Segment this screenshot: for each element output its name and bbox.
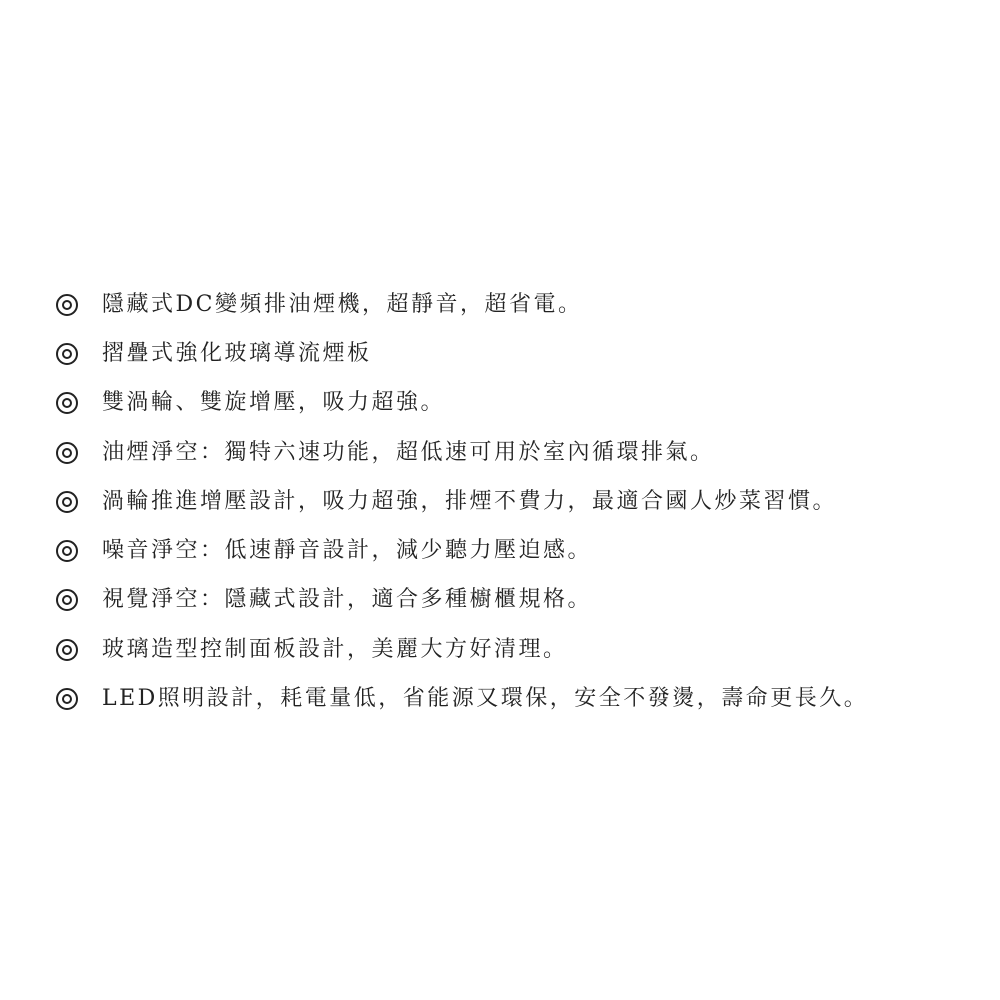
double-circle-bullet-icon xyxy=(56,589,78,611)
double-circle-bullet-icon xyxy=(56,639,78,661)
feature-text: 渦輪推進增壓設計，吸力超強，排煙不費力，最適合國人炒菜習慣。 xyxy=(102,491,837,513)
double-circle-bullet-icon xyxy=(56,688,78,710)
double-circle-bullet-icon xyxy=(56,491,78,513)
feature-list: 隱藏式DC變頻排油煙機，超靜音，超省電。 摺疊式強化玻璃導流煙板 雙渦輪、雙旋增… xyxy=(56,280,868,724)
feature-item: 油煙淨空：獨特六速功能，超低速可用於室內循環排氣。 xyxy=(56,428,868,477)
feature-item: 玻璃造型控制面板設計，美麗大方好清理。 xyxy=(56,625,868,674)
double-circle-bullet-icon xyxy=(56,294,78,316)
double-circle-bullet-icon xyxy=(56,442,78,464)
feature-item: LED照明設計，耗電量低，省能源又環保，安全不發燙，壽命更長久。 xyxy=(56,674,868,723)
feature-text: 雙渦輪、雙旋增壓，吸力超強。 xyxy=(102,392,445,414)
double-circle-bullet-icon xyxy=(56,343,78,365)
feature-text: 玻璃造型控制面板設計，美麗大方好清理。 xyxy=(102,639,568,661)
double-circle-bullet-icon xyxy=(56,392,78,414)
feature-text: 摺疊式強化玻璃導流煙板 xyxy=(102,343,372,365)
feature-item: 摺疊式強化玻璃導流煙板 xyxy=(56,329,868,378)
feature-item: 隱藏式DC變頻排油煙機，超靜音，超省電。 xyxy=(56,280,868,329)
feature-text: 油煙淨空：獨特六速功能，超低速可用於室內循環排氣。 xyxy=(102,442,715,464)
feature-text: 視覺淨空：隱藏式設計，適合多種櫥櫃規格。 xyxy=(102,589,592,611)
feature-text: 噪音淨空：低速靜音設計，減少聽力壓迫感。 xyxy=(102,540,592,562)
double-circle-bullet-icon xyxy=(56,540,78,562)
feature-item: 視覺淨空：隱藏式設計，適合多種櫥櫃規格。 xyxy=(56,576,868,625)
feature-item: 渦輪推進增壓設計，吸力超強，排煙不費力，最適合國人炒菜習慣。 xyxy=(56,477,868,526)
feature-item: 雙渦輪、雙旋增壓，吸力超強。 xyxy=(56,379,868,428)
feature-text: 隱藏式DC變頻排油煙機，超靜音，超省電。 xyxy=(102,294,582,316)
feature-item: 噪音淨空：低速靜音設計，減少聽力壓迫感。 xyxy=(56,526,868,575)
feature-text: LED照明設計，耗電量低，省能源又環保，安全不發燙，壽命更長久。 xyxy=(102,688,868,710)
